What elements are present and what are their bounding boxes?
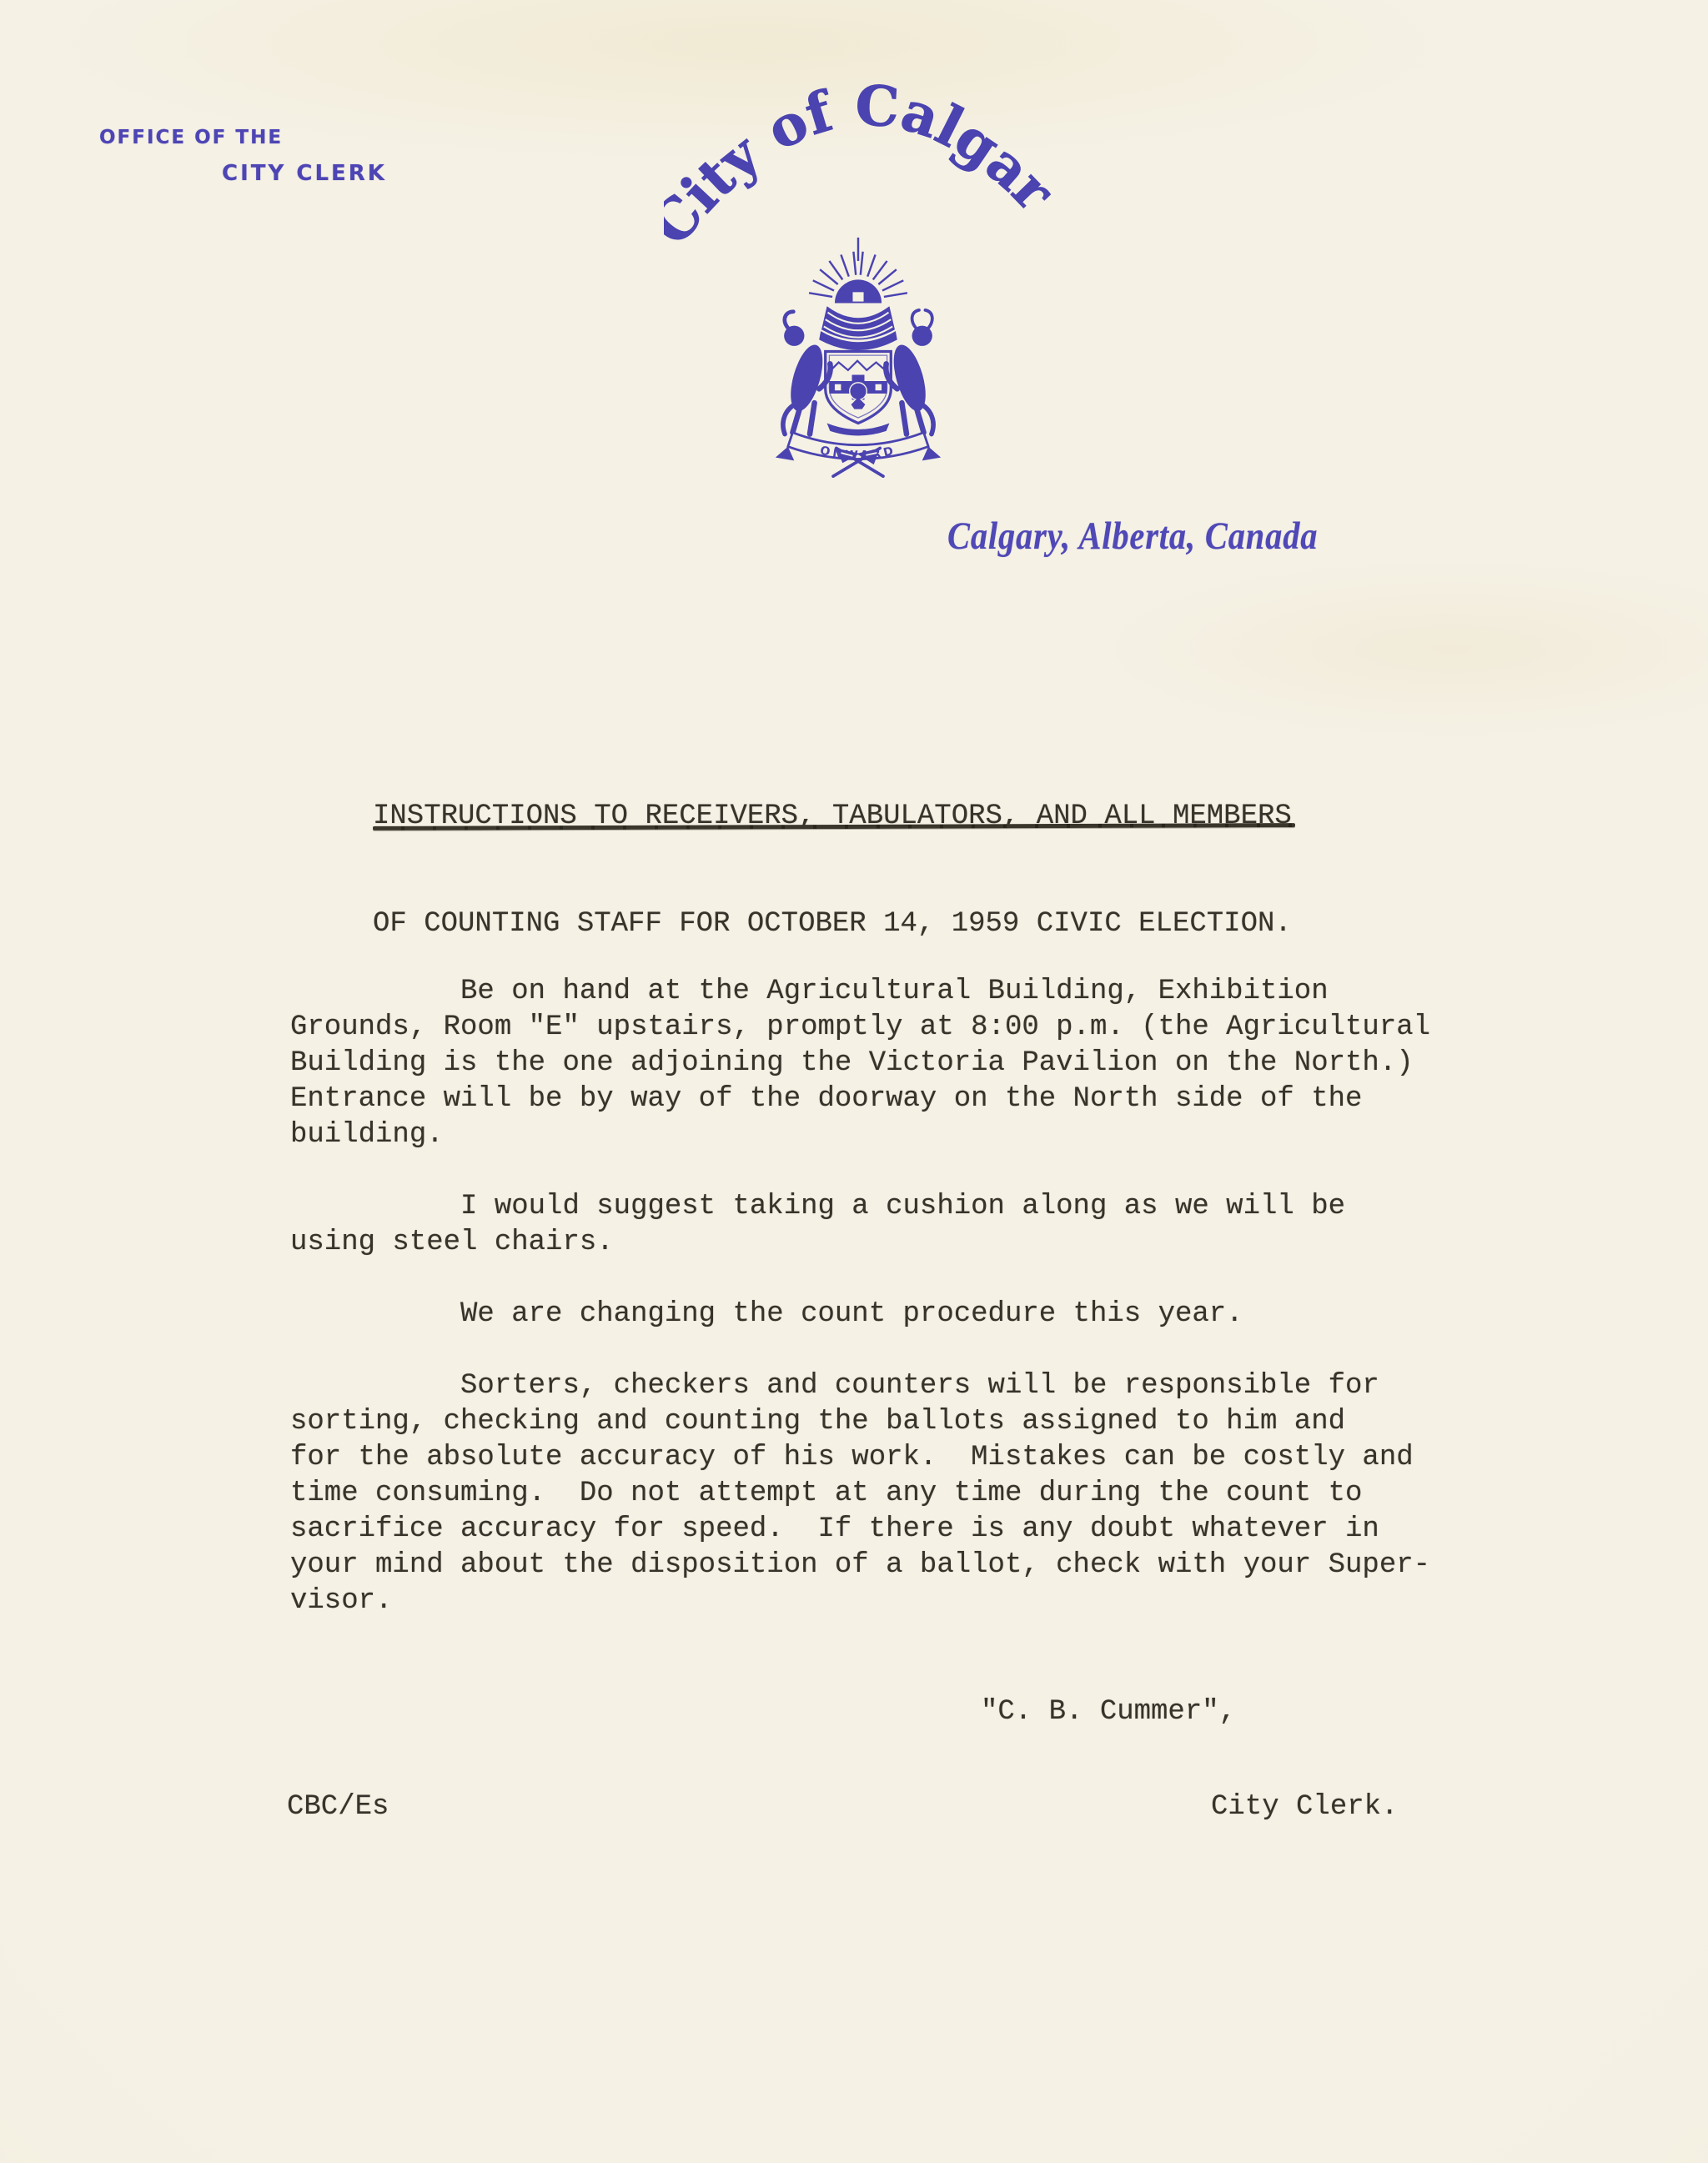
crest-check-right <box>876 384 882 390</box>
paragraph-3: We are changing the count procedure this… <box>290 1297 1243 1332</box>
signature-title: City Clerk. <box>1211 1789 1398 1825</box>
paragraph-4: Sorters, checkers and counters will be r… <box>290 1368 1430 1619</box>
paragraph-1: Be on hand at the Agricultural Building,… <box>290 974 1430 1153</box>
letterhead-arc-text: City of Calgary <box>664 73 1062 248</box>
crest-compartment <box>827 424 890 436</box>
crest-dome-gate <box>852 292 863 301</box>
svg-text:City of Calgary: City of Calgary <box>664 73 1062 248</box>
typist-initials: CBC/Es <box>287 1789 389 1825</box>
letterhead-arc: City of Calgary <box>664 73 1062 248</box>
signature-name: "C. B. Cummer", <box>981 1694 1236 1730</box>
calgary-coat-of-arms-icon: ONWARD <box>749 236 967 478</box>
paragraph-2: I would suggest taking a cushion along a… <box>290 1189 1345 1261</box>
crest-check-left <box>835 384 841 390</box>
crest-bull-head <box>850 383 867 400</box>
office-stamp-line2: CITY CLERK <box>222 161 387 186</box>
letterhead-location: Calgary, Alberta, Canada <box>947 514 1318 559</box>
letter-page: OFFICE OF THE CITY CLERK City of Calgary <box>0 0 1708 2163</box>
letter-title: INSTRUCTIONS TO RECEIVERS, TABULATORS, A… <box>373 727 1292 1014</box>
office-stamp-line1: OFFICE OF THE <box>99 127 283 148</box>
letter-title-line2: OF COUNTING STAFF FOR OCTOBER 14, 1959 C… <box>373 906 1292 942</box>
